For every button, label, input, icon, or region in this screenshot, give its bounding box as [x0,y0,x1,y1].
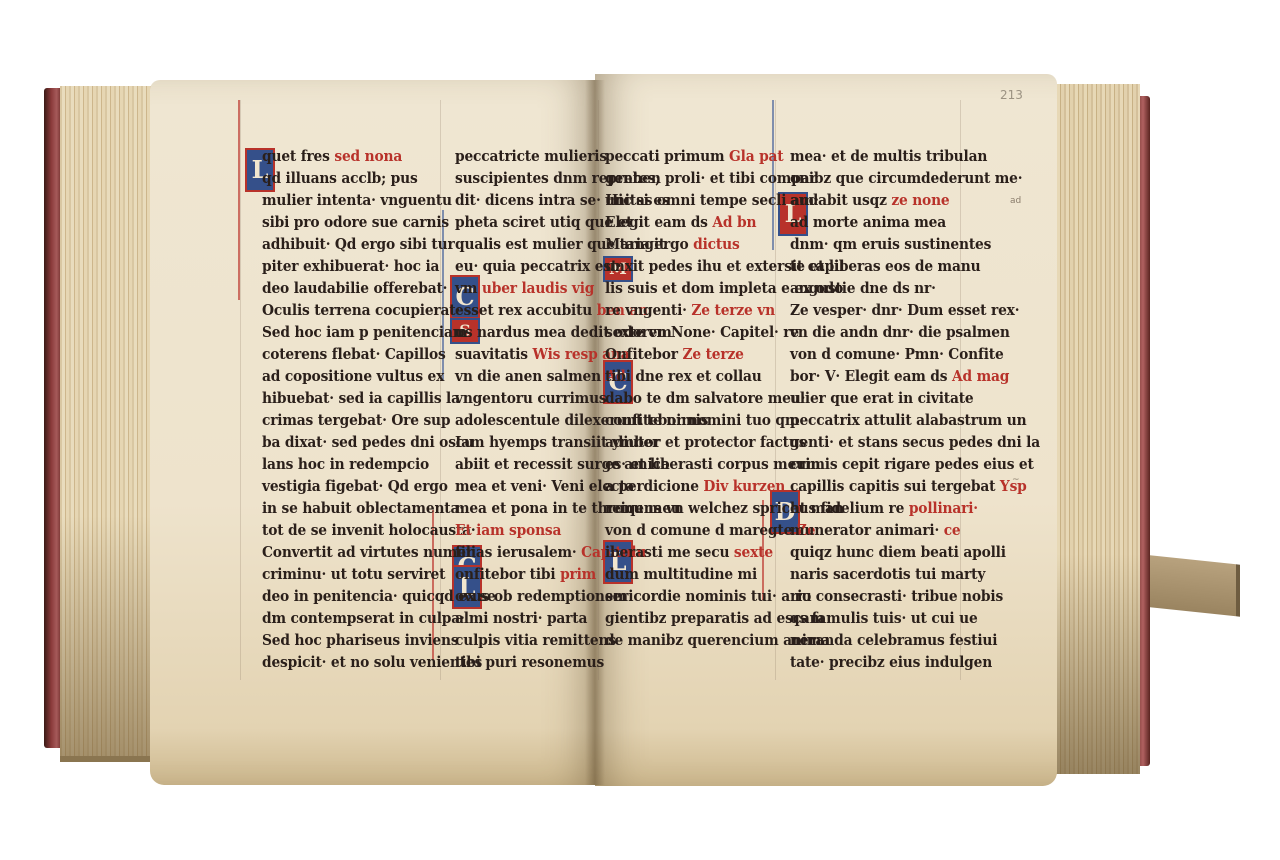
ink-text: re vngenti· [605,301,691,319]
text-line: hibuebat· sed ia capillis la [262,387,428,409]
folio-number: 213 [1000,88,1023,102]
text-line: te et liberas eos de manu [790,255,946,277]
ink-text: munerator animari· [790,521,944,539]
ink-text: neranda celebramus festiui [790,631,997,649]
text-line: eu· quia peccatrix est· [455,255,584,277]
text-line: vm uber laudis vig [455,277,584,299]
text-line: reiqens vn welchez spricht man [605,497,752,519]
ink-text: von d comune d maregte [605,521,797,539]
rubric-text: sed nona [334,147,402,165]
text-line: filias ierusalem· Capitulu [455,541,584,563]
page-edges-left [60,86,160,762]
text-line: vngentoru currimus [455,387,584,409]
text-line: naris sacerdotis tui marty [790,563,946,585]
rubric-text: dictus [693,235,739,253]
rubric-text: Ad mag [952,367,1009,385]
text-line: capillis capitis sui tergebat Ysp [790,475,946,497]
text-line: a perdicione Div kurzen [605,475,752,497]
ink-text: esset rex accubitu [455,301,597,319]
text-line: sexte vn None· Capitel· re [605,321,752,343]
ink-text: audabit usqz [790,191,891,209]
ink-text: ovus ob redemptionem [455,587,628,605]
ink-text: mulier intenta· vnguentu [262,191,452,209]
text-line: bor· V· Elegit eam ds Ad mag [790,365,946,387]
ink-text: almi nostri· parta [455,609,587,627]
text-line: adiutor et protector factus [605,431,752,453]
rubric-text: ze none [891,191,949,209]
ink-text: suavitatis [455,345,532,363]
text-line: mulier intenta· vnguentu [262,189,428,211]
rubric-text: ce [944,521,961,539]
ink-text: eus fidelium re [790,499,909,517]
ink-text: sericordie nominis tui· a ru [605,587,812,605]
text-line: deo in penitencia· quicqd ex se [262,585,428,607]
text-line: mea· et de multis tribulan [790,145,946,167]
text-line: peccati primum Gla pat [605,145,752,167]
text-line: Onfitebor Ze terze [605,343,752,365]
left-page-column-1: quet fres sed nonaqd illuans acclb; pusm… [262,145,442,673]
ink-text: dum multitudine mi [605,565,757,583]
ink-text: ba dixat· sed pedes dni oscu [262,433,474,451]
text-line: peccatrix attulit alabastrum un [790,409,946,431]
text-line: dnm· qm eruis sustinentes [790,233,946,255]
ink-text: vestigia figebat· Qd ergo [262,477,448,495]
text-line: unxit pedes ihu et extersit capil [605,255,752,277]
text-line: onfitebor tibi prim [455,563,584,585]
text-line: ad copositione vultus ex [262,365,428,387]
text-line: dit· dicens intra se· Hic si es [455,189,584,211]
ink-text: deo laudabilie offerebat· [262,279,447,297]
ink-text: angustie dne ds nr· [790,279,936,297]
ink-text: mea· et de multis tribulan [790,147,987,165]
ink-text: Convertit ad virtutes numer [262,543,473,561]
text-line: tibi dne rex et collau [605,365,752,387]
text-line: almi nostri· parta [455,607,584,629]
ink-text: rio consecrasti· tribue nobis [790,587,1003,605]
ink-text: qd illuans acclb; pus [262,169,418,187]
rubric-text: Div kurzen [703,477,785,495]
ink-text: qs famulis tuis· ut cui ue [790,609,978,627]
text-line: qd illuans acclb; pus [262,167,428,189]
ink-text: sexte vn None· Capitel· re [605,323,799,341]
text-line: adhibuit· Qd ergo sibi tur [262,233,428,255]
text-line: culpis vitia remittens [455,629,584,651]
ink-text: sibi pro odore sue carnis [262,213,449,231]
ink-text: vm [455,279,482,297]
text-line: von d comune· Pmn· Confite [790,343,946,365]
text-line: dm contempserat in culpa· [262,607,428,629]
text-line: onibz que circumdederunt me· [790,167,946,189]
text-line: criminu· ut totu serviret [262,563,428,585]
text-line: dabo te dm salvatore meu· [605,387,752,409]
text-line: ovus ob redemptionem [455,585,584,607]
text-line: sericordie nominis tui· a ru [605,585,752,607]
text-line: angustie dne ds nr· [790,277,946,299]
text-line: ba dixat· sed pedes dni oscu [262,431,428,453]
rubric-text: Ze terze [682,345,743,363]
ink-text: es· et liberasti corpus meum [605,455,820,473]
page-marker-tab [1150,555,1240,616]
ink-text: dabo te dm salvatore meu· [605,389,805,407]
ink-text: lans hoc in redempcio [262,455,429,473]
ink-text: tot de se invenit holocausta· [262,521,475,539]
text-line: unitas omni tempe secli am· [605,189,752,211]
text-line: gientibz preparatis ad escam [605,607,752,629]
ink-text: hibuebat· sed ia capillis la [262,389,460,407]
text-line: suavitatis Wis resp ana [455,343,584,365]
right-page-column-1: peccati primum Gla patgentes; proli· et … [605,145,765,651]
text-line: qs famulis tuis· ut cui ue [790,607,946,629]
rubric-text: sexte [734,543,773,561]
ruling-line [240,100,241,680]
left-page-column-2: peccatricte mulieris suscipientes dnm re… [455,145,595,673]
text-line: Et iam sponsa [455,519,584,541]
ink-text: naris sacerdotis tui marty [790,565,985,583]
ink-text: vn die andn dnr· die psalmen [790,323,1010,341]
rubric-text: uber laudis vig [482,279,594,297]
ink-text: despicit· et no solu venientes [262,653,482,671]
text-line: de manibz querencium anima [605,629,752,651]
ink-text: onfitebor tibi [455,565,560,583]
text-line: in se habuit oblectamenta· [262,497,428,519]
text-line: audabit usqz ze none [790,189,946,211]
text-line: lans hoc in redempcio [262,453,428,475]
rubric-text: Ze terze vn [691,301,775,319]
text-line: re vngenti· Ze terze vn [605,299,752,321]
ink-text: ulier que erat in civitate [790,389,973,407]
ink-text: Onfitebor [605,345,682,363]
ink-text: quiqz hunc diem beati apolli [790,543,1006,561]
text-line: eus fidelium re pollinari· [790,497,946,519]
ink-text: bor· V· Elegit eam ds [790,367,952,385]
text-line: confitebor nomini tuo qm [605,409,752,431]
ink-text: tate· precibz eius indulgen [790,653,992,671]
text-line: es· et liberasti corpus meum [605,453,752,475]
ink-text: capillis capitis sui tergebat [790,477,1000,495]
ink-text: tibi dne rex et collau [605,367,762,385]
ink-text: confitebor nomini tuo qm [605,411,799,429]
ink-text: unitas omni tempe secli am· [605,191,819,209]
ink-text: adiutor et protector factus [605,433,806,451]
ink-text: criminu· ut totu serviret [262,565,445,583]
text-line: iberasti me secu sexte [605,541,752,563]
text-line: Maria ergo dictus [605,233,752,255]
ink-text: iberasti me secu [605,543,734,561]
ink-text: Ze vesper· dnr· Dum esset rex· [790,301,1019,319]
text-line: ulier que erat in civitate [790,387,946,409]
ink-text: peccatrix attulit alabastrum un [790,411,1026,429]
ink-text: vngentoru currimus [455,389,607,407]
ink-text: dnm· qm eruis sustinentes [790,235,991,253]
text-line: Ze vesper· dnr· Dum esset rex· [790,299,946,321]
ink-text: crimas tergebat· Ore sup [262,411,450,429]
text-line: von d comune d maregte Ze [605,519,752,541]
rubric-text: Ad bn [712,213,756,231]
text-line: rio consecrasti· tribue nobis [790,585,946,607]
text-line: esset rex accubitu ben an [455,299,584,321]
ink-text: genti· et stans secus pedes dni la [790,433,1040,451]
ink-text: culpis vitia remittens [455,631,616,649]
pen-flourish [238,100,240,300]
text-line: us nardus mea dedit odorem [455,321,584,343]
text-line: piter exhibuerat· hoc ia [262,255,428,277]
ink-text: a perdicione [605,477,703,495]
rubric-text: pollinari· [909,499,978,517]
ink-text: Elegit eam ds [605,213,712,231]
ink-text: ad morte anima mea [790,213,946,231]
ink-text: Sed hoc phariseus inviens [262,631,458,649]
text-line: gentes; proli· et tibi compar [605,167,752,189]
ink-text: Sed hoc iam p penitenciam [262,323,467,341]
rubric-text: Gla pat [729,147,783,165]
text-line: tibi puri resonemus [455,651,584,673]
ink-text: vn die anen salmen [455,367,606,385]
text-line: lis suis et dom impleta e ex odo [605,277,752,299]
ink-text: eu· quia peccatrix est· [455,257,622,275]
ink-text: Maria ergo [605,235,693,253]
text-line: Iam hyemps transiit ymber [455,431,584,453]
text-line: dum multitudine mi [605,563,752,585]
text-line: vn die anen salmen Ad [455,365,584,387]
text-line: tot de se invenit holocausta· [262,519,428,541]
ink-text: ad copositione vultus ex [262,367,444,385]
marginal-note: ad [1010,196,1021,206]
ink-text: onibz que circumdederunt me· [790,169,1022,187]
text-line: genti· et stans secus pedes dni la [790,431,946,453]
text-line: qualis est mulier que tangit [455,233,584,255]
text-line: sibi pro odore sue carnis [262,211,428,233]
text-line: tate· precibz eius indulgen [790,651,946,673]
text-line: peccatricte mulieris [455,145,584,167]
ink-text: piter exhibuerat· hoc ia [262,257,439,275]
text-line: mea et veni· Veni electa [455,475,584,497]
ink-text: gentes; proli· et tibi compar [605,169,817,187]
ink-text: tibi puri resonemus [455,653,604,671]
text-line: vn die andn dnr· die psalmen [790,321,946,343]
text-line: Oculis terrena cocupierat· [262,299,428,321]
ink-text: te et liberas eos de manu [790,257,980,275]
ink-text: in se habuit oblectamenta· [262,499,464,517]
text-line: Sed hoc iam p penitenciam [262,321,428,343]
text-line: coterens flebat· Capillos [262,343,428,365]
open-manuscript: 213 L C S C L M C L L D quet fres sed no… [0,0,1280,860]
text-line: adolescentule dilexerunt te nimis [455,409,584,431]
text-line: suscipientes dnm reprehen [455,167,584,189]
ink-text: quet fres [262,147,334,165]
text-line: despicit· et no solu venientes [262,651,428,673]
ink-text: peccati primum [605,147,729,165]
text-line: quiqz hunc diem beati apolli [790,541,946,563]
ink-text: adhibuit· Qd ergo sibi tur [262,235,455,253]
text-line: Sed hoc phariseus inviens [262,629,428,651]
ink-text: Oculis terrena cocupierat· [262,301,460,319]
rubric-text: Et iam sponsa [455,521,561,539]
text-line: quet fres sed nona [262,145,428,167]
ink-text: peccatricte mulieris [455,147,607,165]
ink-text: dm contempserat in culpa· [262,609,465,627]
text-line: munerator animari· ce [790,519,946,541]
ink-text: coterens flebat· Capillos [262,345,446,363]
text-line: vestigia figebat· Qd ergo [262,475,428,497]
text-line: pheta sciret utiq que et [455,211,584,233]
ink-text: von d comune· Pmn· Confite [790,345,1004,363]
marginal-note: ~ [1012,475,1020,485]
text-line: abiit et recessit surge amica [455,453,584,475]
ink-text: crimis cepit rigare pedes eius et [790,455,1034,473]
text-line: deo laudabilie offerebat· [262,277,428,299]
text-line: crimas tergebat· Ore sup [262,409,428,431]
ink-text: filias ierusalem· [455,543,581,561]
text-line: Elegit eam ds Ad bn [605,211,752,233]
text-line: mea et pona in te thronu meu [455,497,584,519]
rubric-text: prim [560,565,596,583]
text-line: Convertit ad virtutes numer [262,541,428,563]
right-page-column-2: mea· et de multis tribulanonibz que circ… [790,145,960,673]
page-edges-right [1055,84,1140,774]
text-line: crimis cepit rigare pedes eius et [790,453,946,475]
text-line: ad morte anima mea [790,211,946,233]
text-line: neranda celebramus festiui [790,629,946,651]
